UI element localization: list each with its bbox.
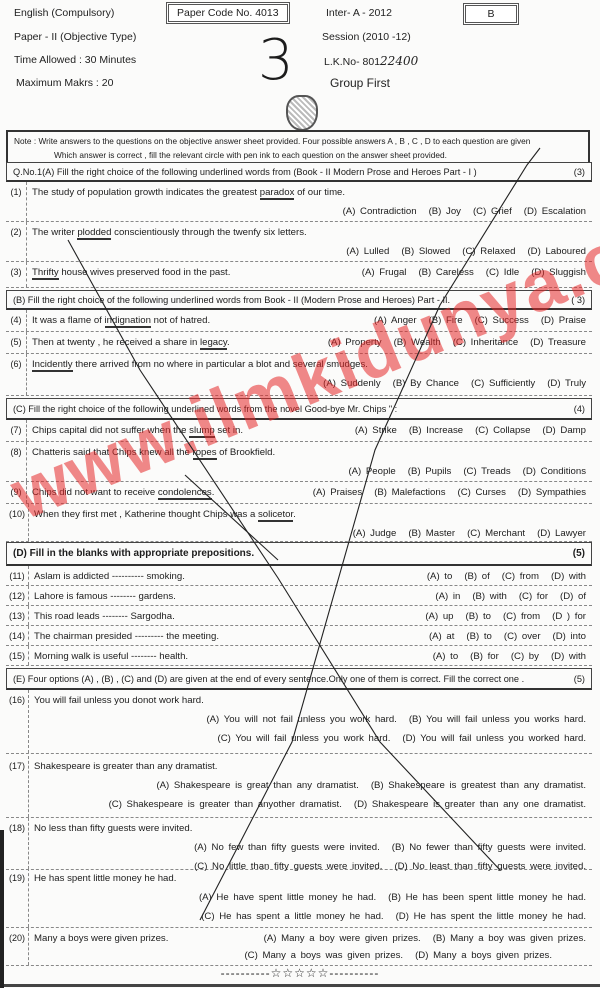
option-b: (B) Slowed: [401, 246, 450, 257]
stem-text: .: [293, 509, 296, 520]
stem-text: of our time.: [294, 187, 345, 198]
option-d: (D) Damp: [542, 425, 586, 436]
option-a: (A) Lulled: [346, 246, 389, 257]
option-d: (D) You will fail unless you worked hard…: [402, 733, 586, 744]
option-d: (D) Escalation: [524, 206, 586, 217]
option-a: (A) Contradiction: [343, 206, 417, 217]
question-number: (12): [6, 586, 29, 605]
question-number: (14): [6, 626, 29, 645]
question-stem: The writer plodded conscientiously throu…: [32, 227, 587, 238]
option-c: (C) by: [511, 651, 539, 662]
question-row: (19)He has spent little money he had.(A)…: [6, 868, 592, 928]
underlined-word: condolences: [158, 487, 212, 500]
option-c: (C) Relaxed: [462, 246, 515, 257]
question-row: (2)The writer plodded conscientiously th…: [6, 222, 592, 262]
stem-text: .: [212, 487, 215, 498]
bottom-border: [0, 984, 600, 987]
option-d: (D) into: [553, 631, 586, 642]
option-c: (C) Grief: [473, 206, 512, 217]
option-c: (C) Idle: [486, 267, 519, 278]
underlined-word: ropes: [193, 447, 217, 460]
option-b: (B) Master: [408, 528, 455, 539]
option-d: (D) with: [551, 571, 586, 582]
question-row: (7)Chips capital did not suffer when the…: [6, 420, 592, 442]
board-logo-icon: [286, 95, 318, 131]
option-a: (A) Strike: [355, 425, 397, 436]
stem-text: The study of population growth indicates…: [32, 187, 260, 198]
underlined-word: Thrifty: [32, 267, 59, 280]
option-d: (D) Sluggish: [531, 267, 586, 278]
option-b: (B) with: [472, 591, 507, 602]
option-d: (D) Laboured: [527, 246, 586, 257]
option-c: (C) from: [503, 611, 540, 622]
option-d: (D) Lawyer: [537, 528, 586, 539]
question-row: (16)You will fail unless you donot work …: [6, 690, 592, 754]
option-c: (C) Merchant: [467, 528, 525, 539]
option-b: (B) Joy: [429, 206, 461, 217]
section-header-e: (E) Four options (A) , (B) , (C) and (D)…: [6, 668, 592, 690]
option-a: (A) Shakespeare is great than any dramat…: [156, 780, 358, 791]
option-b: (B) Pupils: [408, 466, 452, 477]
option-a: (A) People: [348, 466, 395, 477]
option-d: (D) Conditions: [523, 466, 586, 477]
option-a: (A) He have spent little money he had.: [199, 892, 376, 903]
stem-text: .: [227, 337, 230, 348]
option-c: (C) from: [502, 571, 539, 582]
question-number: (16): [6, 690, 29, 753]
question-row: (18)No less than fifty guests were invit…: [6, 818, 592, 870]
option-c: (C) Shakespeare is greater than anyother…: [109, 799, 342, 810]
option-c: (C) Curses: [458, 487, 506, 498]
option-d: (D) with: [551, 651, 586, 662]
option-d: (D) Praise: [541, 315, 586, 326]
option-b: (B) Many a boy was given prizes.: [433, 933, 586, 944]
question-row: (1)The study of population growth indica…: [6, 182, 592, 222]
group-label: Group First: [330, 76, 390, 90]
lk-number: L.K.No- 80122400: [324, 54, 418, 68]
question-number: (18): [6, 818, 29, 869]
question-number: (19): [6, 868, 29, 927]
option-b: (B) By Chance: [393, 378, 459, 389]
question-number: (13): [6, 606, 29, 625]
option-a: (A) to: [433, 651, 458, 662]
option-c: (C) Sufficiently: [471, 378, 535, 389]
option-b: (B) Wealth: [394, 337, 441, 348]
stem-text: conscientiously through the twenfy six l…: [111, 227, 306, 238]
section-marks: (5): [573, 548, 585, 559]
section-instruction: (C) Fill the right choice of the followi…: [13, 404, 397, 414]
question-number: (6): [6, 354, 27, 395]
question-row: (5)Then at twenty , he received a share …: [6, 332, 592, 354]
question-stem: He has spent little money he had.: [34, 873, 587, 884]
note-line-2: Which answer is correct , fill the relev…: [14, 148, 582, 162]
option-b: (B) No fewer than fifty guests were invi…: [392, 842, 586, 853]
stem-text: not of hatred.: [151, 315, 210, 326]
option-b: (B) for: [470, 651, 499, 662]
option-b: (B) He has been spent little money he ha…: [388, 892, 586, 903]
question-stem: The study of population growth indicates…: [32, 187, 587, 198]
question-stem: Shakespeare is greater than any dramatis…: [34, 761, 587, 772]
question-number: (7): [6, 420, 27, 441]
question-number: (17): [6, 756, 29, 817]
question-number: (11): [6, 566, 29, 585]
option-d: (D) Treasure: [530, 337, 586, 348]
question-row: (20)Many a boys were given prizes.(A) Ma…: [6, 928, 592, 966]
stem-text: Then at twenty , he received a share in: [32, 337, 200, 348]
stem-text: Chatteris said that Chips knew all the: [32, 447, 193, 458]
question-number: (20): [6, 928, 29, 965]
question-row: (4)It was a flame of indignation not of …: [6, 310, 592, 332]
end-of-paper-stars: ----------☆☆☆☆☆----------: [0, 966, 600, 980]
option-a: (A) Anger: [374, 315, 417, 326]
underlined-word: plodded: [77, 227, 111, 240]
section-marks: (3): [574, 167, 585, 177]
question-row: (10)When they first met , Katherine thou…: [6, 504, 592, 542]
section-marks: ( 3): [571, 295, 585, 305]
underlined-word: indignation: [105, 315, 151, 328]
option-a: (A) You will not fail unless you work ha…: [206, 714, 396, 725]
section-instruction: Q.No.1(A) Fill the right choice of the f…: [13, 167, 477, 177]
section-marks: (4): [574, 404, 585, 414]
option-d: (D ) for: [552, 611, 586, 622]
section-instruction: (B) Fill the right choice of the followi…: [13, 295, 450, 305]
option-a: (A) Frugal: [362, 267, 407, 278]
paper-set-box: B: [463, 3, 519, 25]
underlined-word: solicetor: [258, 509, 293, 522]
option-d: (D) He has spent the little money he had…: [396, 911, 586, 922]
handwritten-number: 3: [258, 28, 294, 93]
option-b: (B) to: [466, 611, 491, 622]
option-a: (A) No few than fifty guests were invite…: [194, 842, 380, 853]
underlined-word: Incidently: [32, 359, 73, 372]
underlined-word: paradox: [260, 187, 295, 200]
option-b: (B) to: [466, 631, 491, 642]
option-b: (B) Malefactions: [374, 487, 445, 498]
session-label: Session (2010 -12): [322, 31, 411, 43]
question-row: (9)Chips did not want to receive condole…: [6, 482, 592, 504]
option-c: (C) Collapse: [475, 425, 530, 436]
question-number: (5): [6, 332, 27, 353]
question-row: (11)Aslam is addicted ---------- smoking…: [6, 566, 592, 586]
lk-number-printed: L.K.No- 801: [324, 56, 380, 68]
question-row: (14)The chairman presided --------- the …: [6, 626, 592, 646]
option-a: (A) Many a boy were given prizes.: [264, 933, 421, 944]
question-number: (4): [6, 310, 27, 331]
question-row: (15)Morning walk is useful -------- heal…: [6, 646, 592, 666]
option-b: (B) of: [464, 571, 489, 582]
question-row: (8)Chatteris said that Chips knew all th…: [6, 442, 592, 482]
note-line-1: Note : Write answers to the questions on…: [14, 134, 582, 148]
option-a: (A) Judge: [353, 528, 397, 539]
option-a: (A) in: [435, 591, 460, 602]
stem-text: Chips did not want to receive: [32, 487, 158, 498]
question-stem: Chatteris said that Chips knew all the r…: [32, 447, 587, 458]
section-header-d: (D) Fill in the blanks with appropriate …: [6, 542, 592, 566]
option-d: (D) Sympathies: [518, 487, 586, 498]
option-b: (B) Increase: [409, 425, 463, 436]
underlined-word: slump: [189, 425, 215, 438]
option-a: (A) at: [429, 631, 454, 642]
section-header-a: Q.No.1(A) Fill the right choice of the f…: [6, 162, 592, 182]
stem-text: house wives preserved food in the past.: [59, 267, 231, 278]
section-instruction: (E) Four options (A) , (B) , (C) and (D)…: [13, 674, 524, 684]
option-a: (A) Property: [328, 337, 382, 348]
stem-text: Chips capital did not suffer when the: [32, 425, 189, 436]
scan-edge: [0, 830, 4, 988]
exam-label: Inter- A - 2012: [326, 7, 392, 19]
option-d: (D) Many a boys given prizes.: [415, 950, 552, 961]
question-number: (8): [6, 442, 27, 481]
question-row: (3)Thrifty house wives preserved food in…: [6, 262, 592, 288]
paper-code-box: Paper Code No. 4013: [166, 2, 290, 24]
option-a: (A) to: [427, 571, 452, 582]
option-c: (C) Inheritance: [453, 337, 518, 348]
question-stem: No less than fifty guests were invited.: [34, 823, 587, 834]
option-c: (C) Success: [475, 315, 529, 326]
option-c: (C) for: [519, 591, 548, 602]
question-row: (12)Lahore is famous -------- gardens.(A…: [6, 586, 592, 606]
question-row: (6)Incidently there arrived from no wher…: [6, 354, 592, 396]
stem-text: set in.: [215, 425, 243, 436]
option-a: (A) up: [425, 611, 453, 622]
stem-text: of Brookfield.: [217, 447, 276, 458]
question-number: (15): [6, 646, 29, 665]
question-stem: Incidently there arrived from no where i…: [32, 359, 587, 370]
section-header-c: (C) Fill the right choice of the followi…: [6, 398, 592, 420]
lk-number-handwritten: 22400: [380, 54, 418, 68]
question-stem: When they first met , Katherine thought …: [34, 509, 587, 520]
option-b: (B) Careless: [418, 267, 473, 278]
option-a: (A) Suddenly: [323, 378, 380, 389]
option-d: (D) Shakespeare is greater than any one …: [354, 799, 586, 810]
question-row: (17)Shakespeare is greater than any dram…: [6, 756, 592, 818]
option-b: (B) Fire: [429, 315, 463, 326]
option-c: (C) Many a boys was given prizes.: [244, 950, 403, 961]
paper-type-label: Paper - II (Objective Type): [14, 31, 136, 43]
time-allowed-label: Time Allowed : 30 Minutes: [14, 54, 136, 66]
section-marks: (5): [574, 674, 585, 684]
option-b: (B) You will fail unless you works hard.: [409, 714, 586, 725]
question-number: (9): [6, 482, 27, 503]
instructions-note: Note : Write answers to the questions on…: [6, 130, 590, 164]
underlined-word: legacy: [200, 337, 227, 350]
question-row: (13)This road leads -------- Sargodha.(A…: [6, 606, 592, 626]
question-number: (3): [6, 262, 27, 287]
option-b: (B) Shakespeare is greatest than any dra…: [371, 780, 586, 791]
question-stem: You will fail unless you donot work hard…: [34, 695, 587, 706]
subject-label: English (Compulsory): [14, 7, 114, 19]
option-c: (C) Treads: [463, 466, 510, 477]
option-c: (C) You will fail unless you work hard.: [218, 733, 391, 744]
max-marks-label: Maximum Makrs : 20: [16, 77, 113, 89]
stem-text: When they first met , Katherine thought …: [34, 509, 258, 520]
option-a: (A) Praises: [313, 487, 362, 498]
section-header-b: (B) Fill the right choice of the followi…: [6, 290, 592, 310]
stem-text: It was a flame of: [32, 315, 105, 326]
option-d: (D) of: [560, 591, 586, 602]
question-number: (2): [6, 222, 27, 261]
question-number: (1): [6, 182, 27, 221]
stem-text: there arrived from no where in particula…: [73, 359, 368, 370]
option-d: (D) Truly: [547, 378, 586, 389]
option-c: (C) He has spent a little money he had.: [201, 911, 383, 922]
option-c: (C) over: [504, 631, 541, 642]
section-instruction: (D) Fill in the blanks with appropriate …: [13, 548, 254, 559]
question-number: (10): [6, 504, 29, 541]
stem-text: The writer: [32, 227, 77, 238]
